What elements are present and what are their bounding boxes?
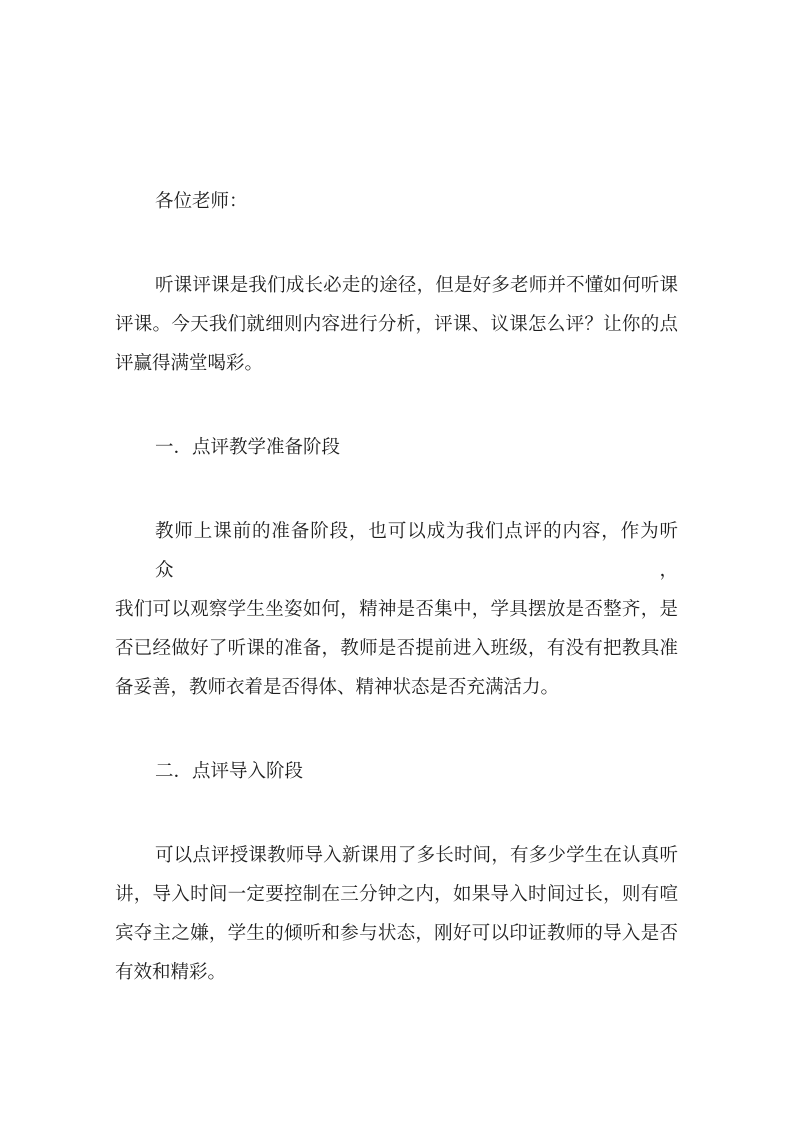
paragraph-line: 评课。今天我们就细则内容进行分析，评课、议课怎么评？让你的点: [115, 306, 678, 345]
paragraph-line: 否已经做好了听课的准备，教师是否提前进入班级，有没有把教具准: [115, 630, 678, 669]
paragraph-line: 听课评课是我们成长必走的途径，但是好多老师并不懂如何听课: [115, 267, 678, 306]
paragraph-line: 我们可以观察学生坐姿如何，精神是否集中，学具摆放是否整齐，是: [115, 591, 678, 630]
paragraph-line: 教师上课前的准备阶段，也可以成为我们点评的内容，作为听众，: [115, 513, 678, 591]
paragraph-line: 讲，导入时间一定要控制在三分钟之内，如果导入时间过长，则有喧: [115, 876, 678, 915]
paragraph-line: 有效和精彩。: [115, 954, 678, 993]
section-heading-1: 一．点评教学准备阶段: [115, 429, 678, 468]
paragraph-preparation-stage: 教师上课前的准备阶段，也可以成为我们点评的内容，作为听众， 我们可以观察学生坐姿…: [115, 513, 678, 708]
document-page: 各位老师： 听课评课是我们成长必走的途径，但是好多老师并不懂如何听课 评课。今天…: [0, 0, 793, 1122]
paragraph-line: 可以点评授课教师导入新课用了多长时间，有多少学生在认真听: [115, 837, 678, 876]
section-heading-2: 二．点评导入阶段: [115, 753, 678, 792]
paragraph-lead-in-stage: 可以点评授课教师导入新课用了多长时间，有多少学生在认真听 讲，导入时间一定要控制…: [115, 837, 678, 993]
section-heading-1-block: 一．点评教学准备阶段: [115, 429, 678, 468]
document-body: 各位老师： 听课评课是我们成长必走的途径，但是好多老师并不懂如何听课 评课。今天…: [0, 0, 793, 993]
section-heading-2-block: 二．点评导入阶段: [115, 753, 678, 792]
paragraph-intro: 听课评课是我们成长必走的途径，但是好多老师并不懂如何听课 评课。今天我们就细则内…: [115, 267, 678, 384]
salutation-block: 各位老师：: [115, 183, 678, 222]
salutation: 各位老师：: [115, 183, 678, 222]
paragraph-line: 评赢得满堂喝彩。: [115, 345, 678, 384]
paragraph-line: 宾夺主之嫌，学生的倾听和参与状态，刚好可以印证教师的导入是否: [115, 915, 678, 954]
paragraph-line: 备妥善，教师衣着是否得体、精神状态是否充满活力。: [115, 669, 678, 708]
